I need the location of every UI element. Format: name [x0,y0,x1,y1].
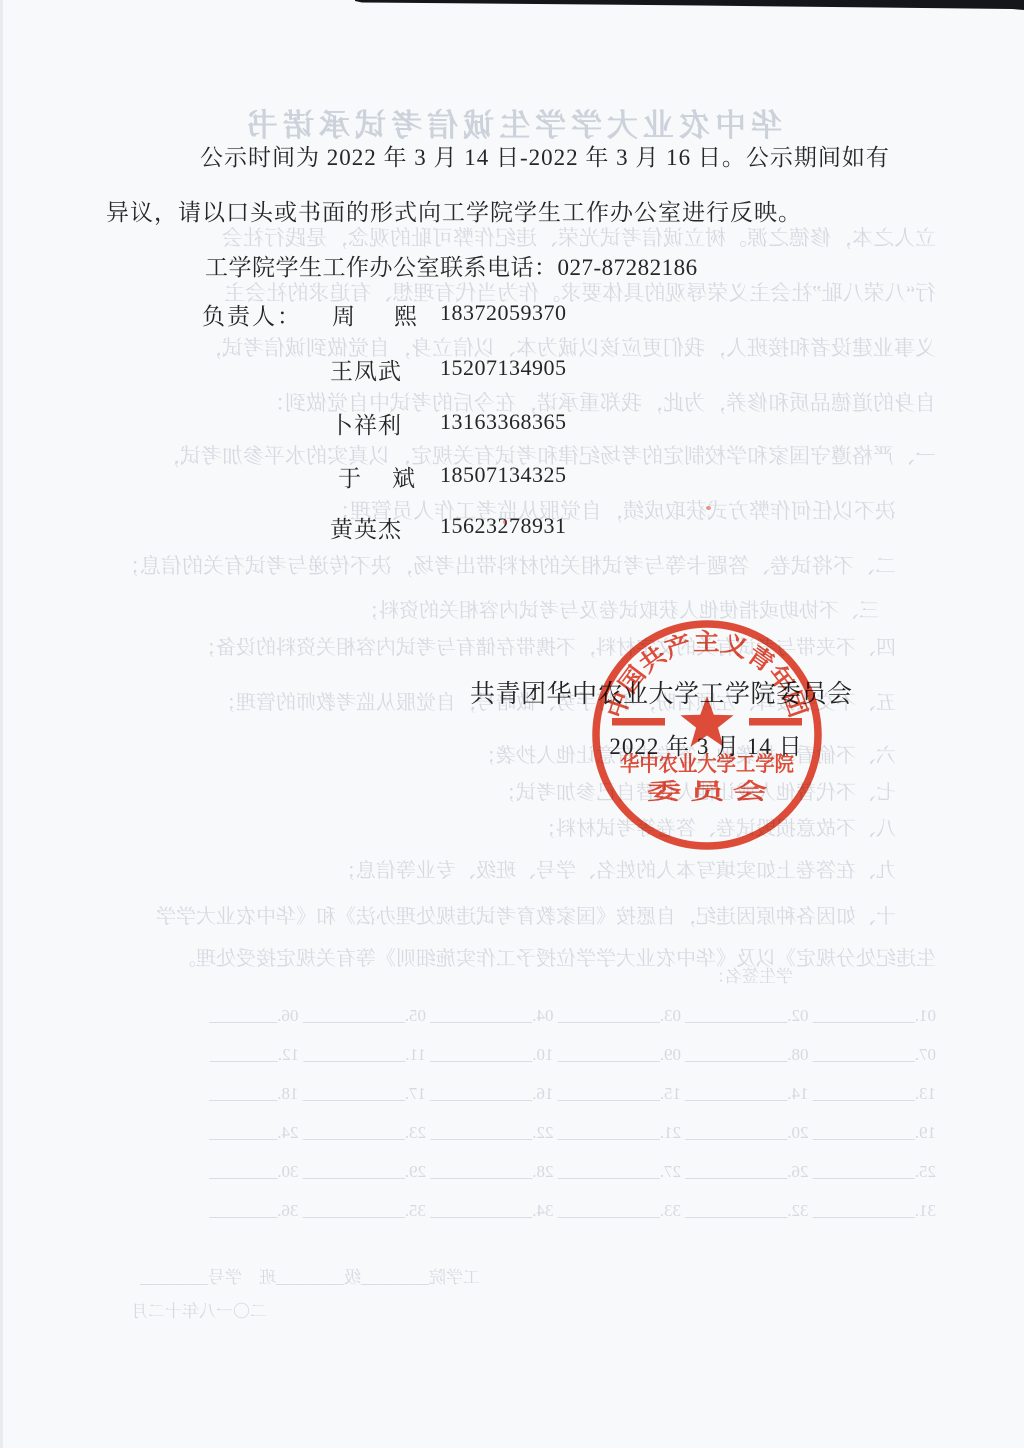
responsible-label: 负责人： [202,298,302,331]
contact-name: 王凤武 [330,353,402,386]
contact-name: 卜祥利 [330,407,402,440]
bleedthrough-line: 工学院________级________班 学号________ [140,1263,480,1288]
contact-name: 于 斌 [338,460,419,493]
official-seal: 中国共产主义青年团 华中农业大学工学院 委 员 会 [586,614,828,856]
bleedthrough-line: 二〇一八年十二月 [131,1297,267,1322]
scan-edge-left [0,0,3,1448]
seal-committee-line: 委 员 会 [647,779,767,804]
scanned-document-page: 华中农业大学学生诚信考试承诺书立人之本，修德之源。树立诚信考试光荣、违纪作弊可耻… [0,0,1024,1448]
office-phone-line: 工学院学生工作办公室联系电话：027-87282186 [205,249,698,282]
bleedthrough-line: 生违纪处分规定》以及《华中农业大学学位授予工作实施细则》等有关规定接受处理。 [176,942,936,971]
red-ink-speck [503,520,507,524]
bleedthrough-line: 义事业建设者和接班人，我们更应该以诚为本、以信立身，自觉做到诚信考试， [201,332,936,362]
contact-phone: 18372059370 [440,300,567,326]
bleedthrough-line: 十、如因各种原因违纪，自愿按《国家教育考试违规处理办法》和《华中农业大学学 [156,900,896,929]
contact-phone: 18507134325 [440,462,567,488]
bleedthrough-line: 学生签名： [708,962,793,987]
bleedthrough-line: 01.____________ 02.____________ 03._____… [209,1006,936,1026]
scan-edge-top [0,0,1024,12]
bleedthrough-line: 二、不将试卷、答题卡等与考试相关的材料带出考场，决不传递与考试有关的信息； [119,550,896,580]
bleedthrough-line: 决不以任何作弊方式获取成绩，自觉服从监考工作人员管理； [329,495,896,525]
seal-star-icon [680,696,733,747]
seal-graphic: 中国共产主义青年团 华中农业大学工学院 委 员 会 [586,614,828,856]
bleedthrough-line: 25.____________ 26.____________ 27._____… [209,1162,936,1182]
seal-right-bar [749,718,802,726]
contact-phone: 15623278931 [440,513,567,539]
bleedthrough-line: 31.____________ 32.____________ 33._____… [209,1201,936,1221]
contact-name: 黄英杰 [330,511,402,544]
notice-line-1: 公示时间为 2022 年 3 月 14 日-2022 年 3 月 16 日。公示… [200,139,890,172]
seal-left-bar [612,718,665,726]
contact-phone: 13163368365 [440,409,567,435]
contact-name: 周 熙 [332,298,425,331]
bleedthrough-line: 07.____________ 08.____________ 09._____… [210,1045,936,1065]
bleedthrough-line: 九、在答卷上如实填写本人的姓名、学号、班级、专业等信息； [336,854,896,883]
red-ink-speck [706,506,711,510]
bleedthrough-line: 19.____________ 20.____________ 21._____… [209,1123,936,1143]
seal-org-line: 华中农业大学工学院 [620,752,794,776]
notice-line-2: 异议，请以口头或书面的形式向工学院学生工作办公室进行反映。 [106,194,802,227]
contact-phone: 15207134905 [440,355,567,381]
bleedthrough-line: 13.____________ 14.____________ 15._____… [209,1084,936,1104]
